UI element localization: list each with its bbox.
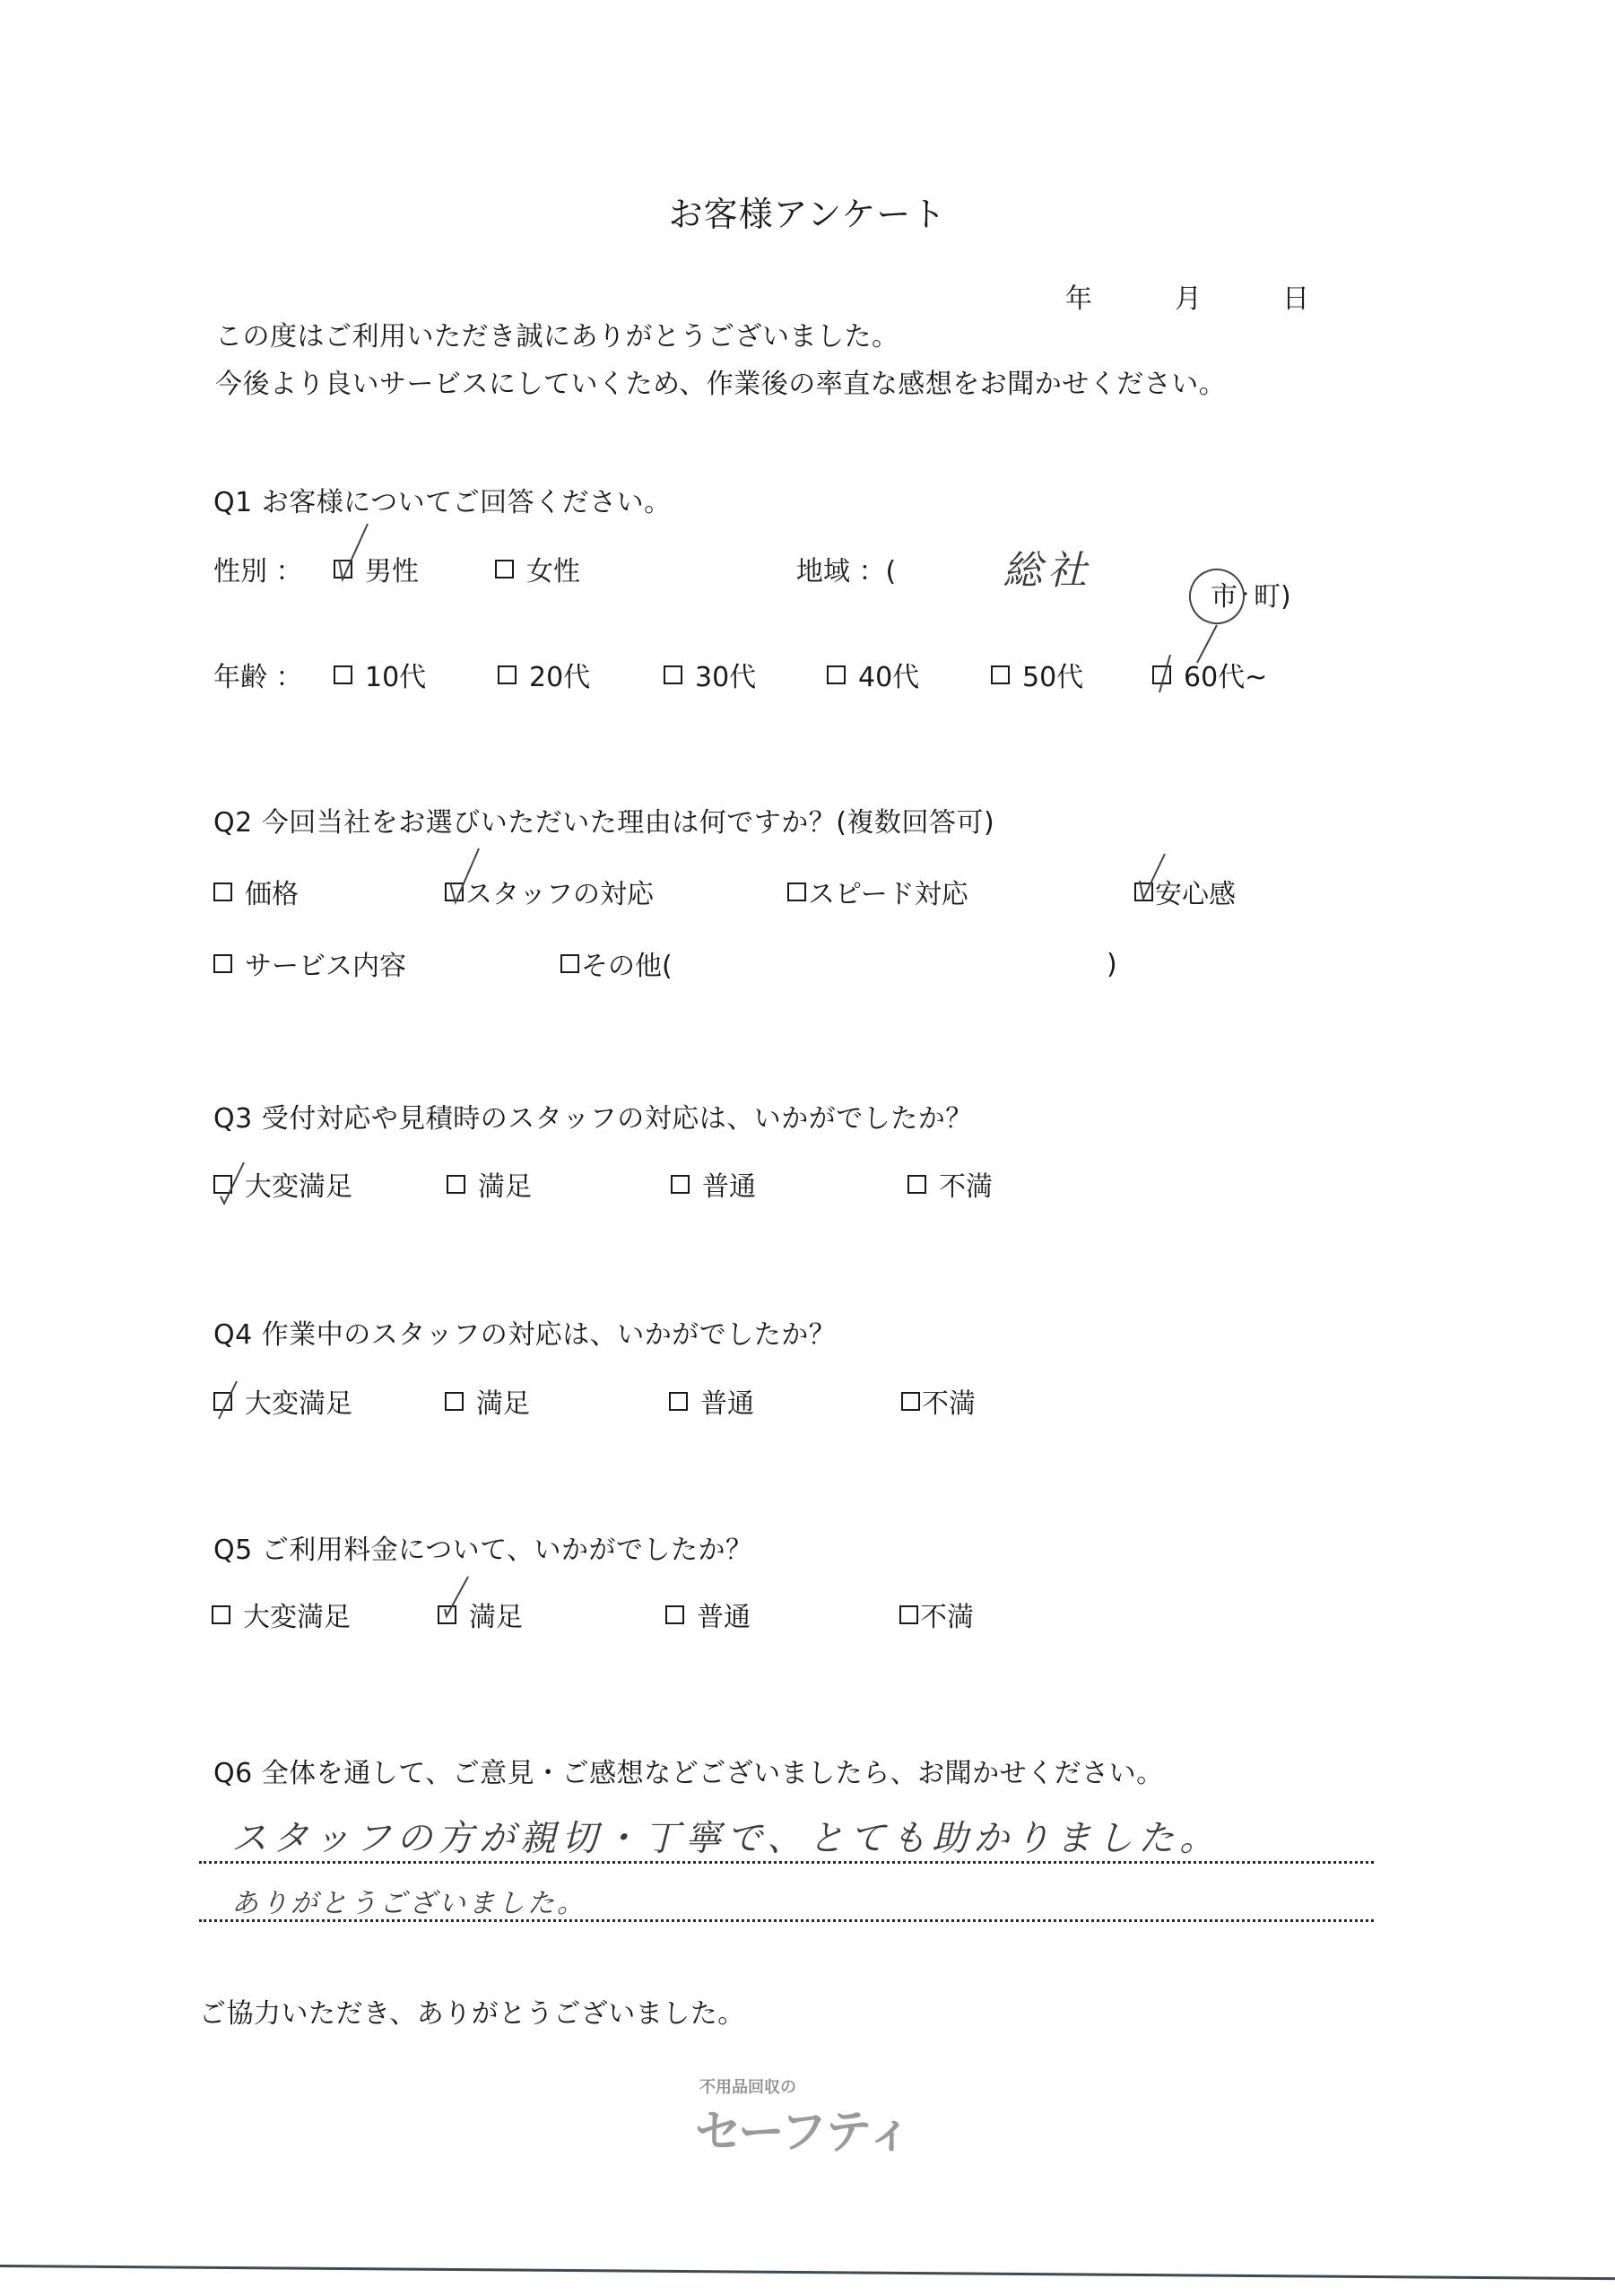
answer-line-1-divider <box>199 1861 1374 1864</box>
date-month-label: 月 <box>1175 276 1202 316</box>
age-20s-option[interactable]: 20代 <box>498 655 590 694</box>
q3-very-satisfied-checkbox[interactable] <box>213 1175 232 1194</box>
q4-satisfied-checkbox[interactable] <box>445 1392 464 1411</box>
date-year-label: 年 <box>1065 276 1092 316</box>
q3-satisfied-checkbox[interactable] <box>447 1175 465 1194</box>
q5-label: Q5 ご利用料金について、いかがでしたか？ <box>213 1527 753 1567</box>
q3-satisfied-option[interactable]: 満足 <box>447 1164 532 1204</box>
age-60s-checkbox[interactable] <box>1152 665 1171 684</box>
age-30s-checkbox[interactable] <box>664 665 682 684</box>
age-label: 年齢 ： <box>213 655 303 694</box>
age-60s-option[interactable]: 60代~ <box>1152 655 1267 694</box>
age-10s-checkbox[interactable] <box>334 665 352 684</box>
age-40s-checkbox[interactable] <box>827 665 846 684</box>
region-input[interactable]: 総社 <box>1003 538 1092 596</box>
age-50s-checkbox[interactable] <box>991 665 1010 684</box>
region-suffix: 市 ・ 町) <box>1211 574 1291 613</box>
footer-thanks: ご協力いただき、ありがとうございました。 <box>199 1991 745 2031</box>
gender-male-option[interactable]: 男性 <box>334 549 419 588</box>
region-suffix-town[interactable]: 町) <box>1254 574 1291 613</box>
q2-other-checkbox[interactable] <box>560 954 579 973</box>
page-title: お客様アンケート <box>0 187 1615 236</box>
age-10s-option[interactable]: 10代 <box>334 655 426 694</box>
region-suffix-separator: ・ <box>1237 582 1254 605</box>
q4-neutral-option[interactable]: 普通 <box>669 1381 754 1421</box>
q3-label: Q3 受付対応や見積時のスタッフの対応は、いかがでしたか？ <box>213 1096 973 1135</box>
q2-speed-checkbox[interactable] <box>787 883 806 901</box>
q5-dissatisfied-checkbox[interactable] <box>899 1605 918 1624</box>
q5-satisfied-checkbox[interactable] <box>438 1605 456 1624</box>
q4-label: Q4 作業中のスタッフの対応は、いかがでしたか？ <box>213 1312 836 1352</box>
q4-satisfied-option[interactable]: 満足 <box>445 1381 530 1421</box>
q3-dissatisfied-checkbox[interactable] <box>907 1175 926 1194</box>
q5-very-satisfied-option[interactable]: 大変満足 <box>212 1595 351 1634</box>
age-20s-checkbox[interactable] <box>498 665 517 684</box>
q6-label: Q6 全体を通して、ご意見・ご感想などございましたら、お聞かせください。 <box>213 1751 1164 1790</box>
q2-other-option[interactable]: その他( <box>560 944 673 983</box>
q2-service-option[interactable]: サービス内容 <box>213 944 406 983</box>
q2-reassurance-option[interactable]: 安心感 <box>1134 872 1236 911</box>
intro-line-1: この度はご利用いただき誠にありがとうございました。 <box>215 314 899 353</box>
gender-female-option[interactable]: 女性 <box>495 549 580 588</box>
intro-line-2: 今後より良いサービスにしていくため、作業後の率直な感想をお聞かせください。 <box>215 361 1226 401</box>
gender-female-checkbox[interactable] <box>495 560 514 578</box>
q2-staff-checkbox[interactable] <box>445 883 464 901</box>
q4-very-satisfied-option[interactable]: 大変満足 <box>213 1381 352 1421</box>
q5-satisfied-option[interactable]: 満足 <box>438 1595 523 1634</box>
gender-male-checkbox[interactable] <box>334 560 352 578</box>
age-40s-option[interactable]: 40代 <box>827 655 919 694</box>
q2-price-checkbox[interactable] <box>213 883 232 901</box>
q3-neutral-option[interactable]: 普通 <box>671 1164 756 1204</box>
region-suffix-city[interactable]: 市 <box>1211 574 1237 613</box>
q5-neutral-checkbox[interactable] <box>665 1605 684 1624</box>
q4-dissatisfied-option[interactable]: 不満 <box>901 1381 976 1421</box>
q2-reassurance-checkbox[interactable] <box>1134 883 1153 901</box>
date-day-label: 日 <box>1282 276 1309 316</box>
q2-service-checkbox[interactable] <box>213 954 232 973</box>
q6-answer-line-2[interactable]: ありがとうございました。 <box>231 1881 586 1920</box>
q3-dissatisfied-option[interactable]: 不満 <box>907 1164 993 1204</box>
q1-label: Q1 お客様についてご回答ください。 <box>213 480 672 519</box>
q5-very-satisfied-checkbox[interactable] <box>212 1605 230 1624</box>
age-50s-option[interactable]: 50代 <box>991 655 1083 694</box>
q4-neutral-checkbox[interactable] <box>669 1392 688 1411</box>
q2-staff-option[interactable]: スタッフの対応 <box>445 872 654 911</box>
q6-answer-line-1[interactable]: スタッフの方が親切・丁寧で、とても助かりました。 <box>231 1810 1220 1861</box>
q5-neutral-option[interactable]: 普通 <box>665 1595 751 1634</box>
q2-other-close-paren: ) <box>1107 949 1117 980</box>
q4-very-satisfied-checkbox[interactable] <box>213 1392 232 1411</box>
age-30s-option[interactable]: 30代 <box>664 655 756 694</box>
q3-neutral-checkbox[interactable] <box>671 1175 690 1194</box>
q2-price-option[interactable]: 価格 <box>213 872 299 911</box>
q2-speed-option[interactable]: スピード対応 <box>787 872 968 911</box>
region-label: 地域 ：( <box>796 549 896 588</box>
q2-other-input[interactable] <box>699 944 1094 976</box>
q5-dissatisfied-option[interactable]: 不満 <box>899 1595 974 1634</box>
gender-label: 性別 ： <box>213 549 303 588</box>
q4-dissatisfied-checkbox[interactable] <box>901 1392 920 1411</box>
q2-label: Q2 今回当社をお選びいただいた理由は何ですか？(複数回答可) <box>213 800 994 839</box>
scan-edge-line <box>0 2265 1615 2280</box>
company-logo: セーフティ <box>695 2094 911 2161</box>
answer-line-2-divider <box>199 1919 1374 1922</box>
q3-very-satisfied-option[interactable]: 大変満足 <box>213 1164 352 1204</box>
